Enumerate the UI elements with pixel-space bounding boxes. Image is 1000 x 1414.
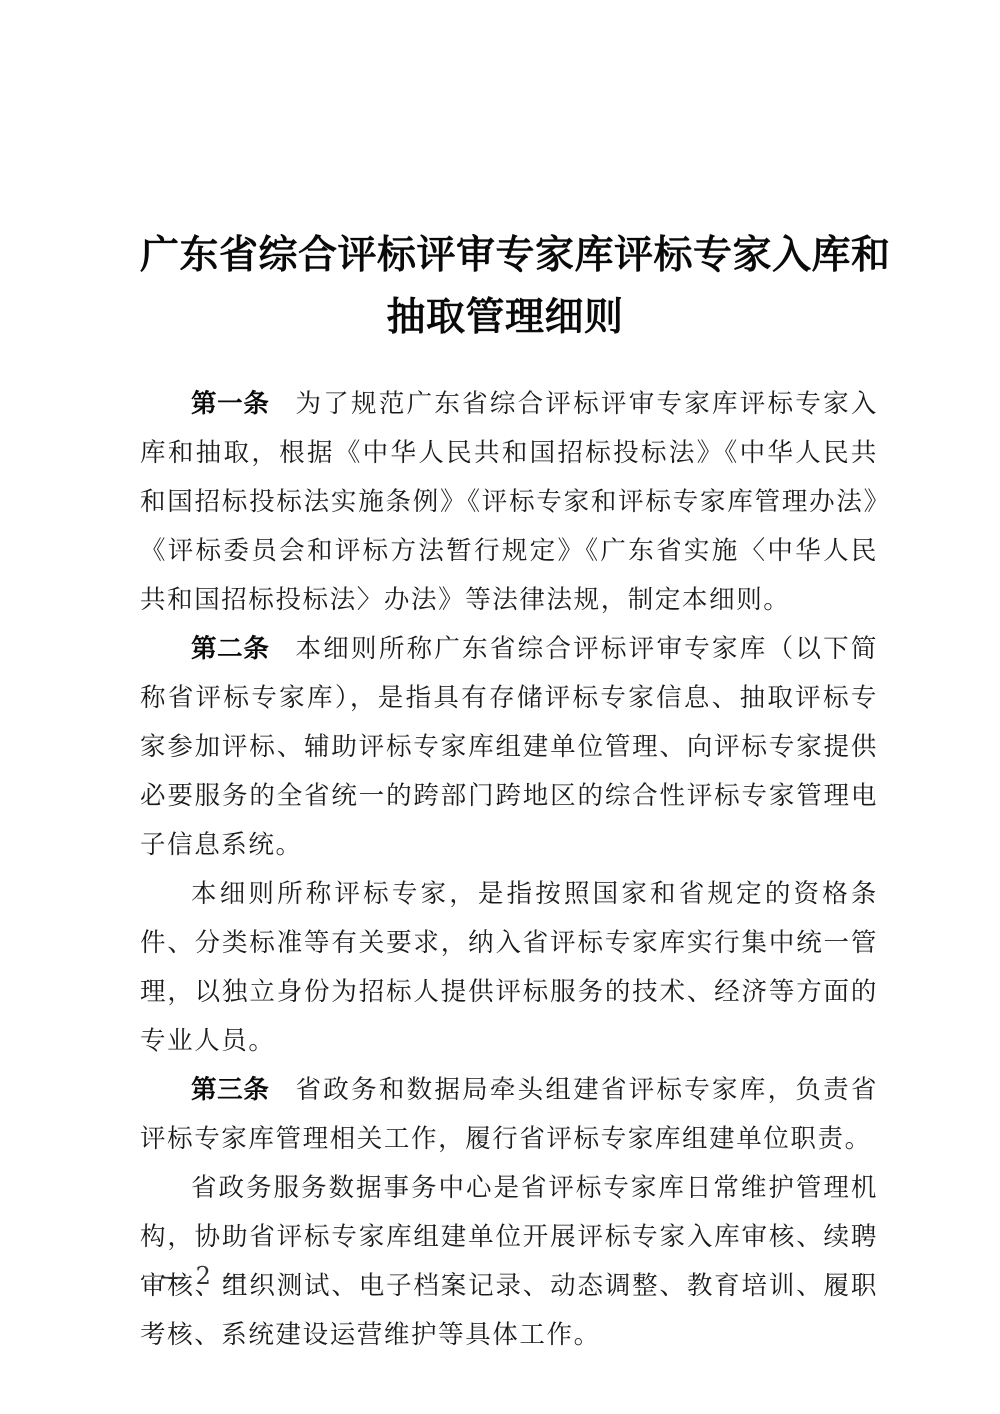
article-2-subparagraph: 本细则所称评标专家，是指按照国家和省规定的资格条件、分类标准等有关要求，纳入省评…: [140, 870, 878, 1066]
paragraph-text: 为了规范广东省综合评标评审专家库评标专家入库和抽取，根据《中华人民共和国招标投标…: [140, 389, 878, 615]
paragraph-text: 本细则所称评标专家，是指按照国家和省规定的资格条件、分类标准等有关要求，纳入省评…: [140, 879, 878, 1056]
article-3-paragraph: 第三条省政务和数据局牵头组建省评标专家库，负责省评标专家库管理相关工作，履行省评…: [140, 1066, 878, 1164]
article-1-paragraph: 第一条为了规范广东省综合评标评审专家库评标专家入库和抽取，根据《中华人民共和国招…: [140, 380, 878, 625]
article-3-subparagraph: 省政务服务数据事务中心是省评标专家库日常维护管理机构，协助省评标专家库组建单位开…: [140, 1164, 878, 1360]
article-label: 第三条: [191, 1075, 270, 1105]
title-line-1: 广东省综合评标评审专家库评标专家入库和: [140, 224, 870, 286]
page-number: — 2 —: [160, 1262, 249, 1290]
document-page: 广东省综合评标评审专家库评标专家入库和 抽取管理细则 第一条为了规范广东省综合评…: [0, 0, 1000, 1414]
article-2-paragraph: 第二条本细则所称广东省综合评标评审专家库（以下简称省评标专家库），是指具有存储评…: [140, 625, 878, 870]
title-line-2: 抽取管理细则: [140, 286, 870, 348]
article-label: 第一条: [191, 389, 270, 419]
article-label: 第二条: [191, 634, 270, 664]
paragraph-text: 省政务服务数据事务中心是省评标专家库日常维护管理机构，协助省评标专家库组建单位开…: [140, 1173, 878, 1350]
document-title: 广东省综合评标评审专家库评标专家入库和 抽取管理细则: [140, 224, 870, 348]
document-body: 第一条为了规范广东省综合评标评审专家库评标专家入库和抽取，根据《中华人民共和国招…: [140, 380, 878, 1360]
paragraph-text: 本细则所称广东省综合评标评审专家库（以下简称省评标专家库），是指具有存储评标专家…: [140, 634, 878, 860]
